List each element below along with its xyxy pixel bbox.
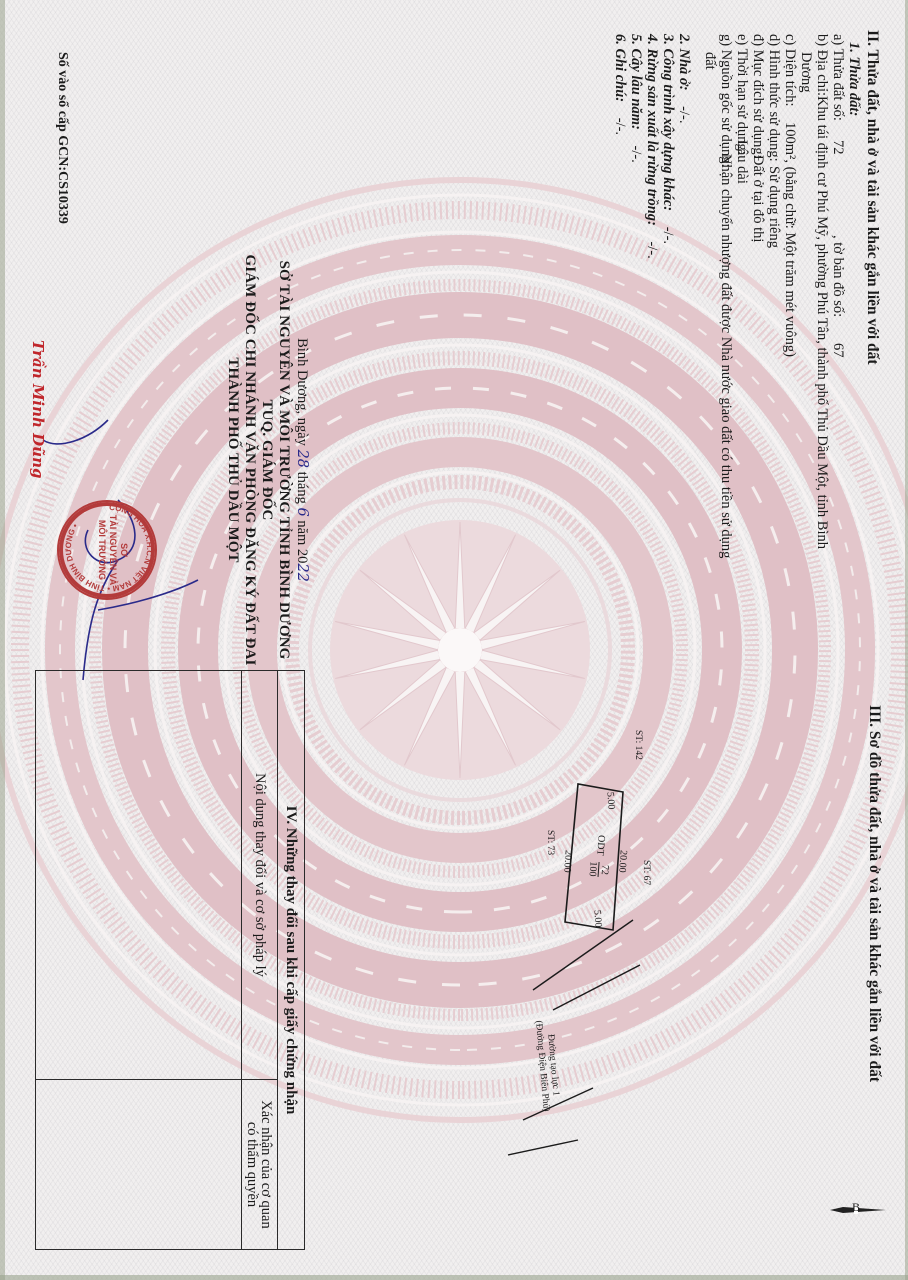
compass-label: B: [852, 1199, 860, 1215]
signer-name: Trần Minh Dũng: [30, 340, 46, 478]
usage-purpose-value: Đất ở tại đô thị: [750, 155, 766, 242]
parcel-diagram: [468, 700, 728, 1180]
authority-confirmation-cell: [36, 1080, 242, 1250]
certificate-page: II. Thửa đất, nhà ở và tài sản khác gắn …: [0, 0, 908, 1280]
parcel-side-bottom: 5.00: [588, 909, 605, 928]
parcel-number-label: a) Thửa đất số:: [830, 34, 846, 121]
address-value: Khu tái định cư Phú Mỹ, phường Phú Tân, …: [814, 96, 830, 549]
item-other-construction: 3. Công trình xây dựng khác: -/-.: [660, 34, 676, 244]
area-value: 100m², (bằng chữ: Một trăm mét vuông): [782, 122, 798, 357]
origin-value: Nhận chuyển nhượng đất được Nhà nước gia…: [718, 154, 734, 558]
change-content-cell: [36, 671, 242, 1080]
parcel-side-top: 5.00: [601, 791, 618, 810]
col-change-content: Nội dung thay đổi và cơ sở pháp lý: [242, 671, 278, 1080]
neighbor-st-67: ST: 67: [638, 860, 654, 885]
issue-date: Bình Dương, ngày 28 tháng 6 năm 2022: [294, 230, 310, 690]
section-2-title: II. Thửa đất, nhà ở và tài sản khác gắn …: [864, 30, 880, 365]
usage-form-label: d) Hình thức sử dụng:: [766, 34, 782, 162]
item-perennial-trees: 5. Cây lâu năm: -/-.: [628, 34, 644, 163]
changes-table: IV. Những thay đổi sau khi cấp giấy chứn…: [35, 670, 305, 1250]
parcel-side-right: 20.00: [613, 849, 631, 873]
usage-form-value: Sử dụng riêng: [766, 166, 782, 248]
neighbor-st-142: ST: 142: [630, 730, 646, 760]
usage-purpose-label: đ) Mục đích sử dụng:: [750, 34, 766, 159]
origin-value-cont: đất: [702, 52, 718, 70]
parcel-number-value: 72: [830, 140, 846, 155]
neighbor-st-73: ST: 73: [542, 830, 558, 855]
authorization-line: TUQ. GIÁM ĐỐC: [258, 230, 275, 690]
section-4-title: IV. Những thay đổi sau khi cấp giấy chứn…: [278, 671, 305, 1250]
item-house: 2. Nhà ở: -/-.: [676, 34, 692, 123]
map-sheet-value: 67: [830, 343, 846, 358]
col-authority-confirmation: Xác nhận của cơ quancó thẩm quyền: [242, 1080, 278, 1250]
registry-number: Số vào sổ cấp GCN:CS10339: [54, 52, 70, 224]
page-edge-bottom: [0, 0, 5, 1280]
official-stamp: CỘNG HÒA X.H.C.N VIỆT NAM • TỈNH BÌNH DƯ…: [57, 500, 157, 600]
parcel-heading: 1. Thửa đất:: [846, 42, 862, 116]
address-value-cont: Dương: [798, 52, 814, 93]
origin-label: g) Nguồn gốc sử dụng:: [718, 34, 734, 168]
section-3-title: III. Sơ đồ thửa đất, nhà ở và tài sản kh…: [866, 705, 882, 1082]
usage-term-value: Lâu dài: [734, 140, 750, 184]
parcel-side-left: 20.00: [558, 849, 576, 873]
page-edge-right: [0, 1275, 908, 1280]
issuing-department: SỞ TÀI NGUYÊN VÀ MÔI TRƯỜNG TỈNH BÌNH DƯ…: [275, 230, 292, 690]
item-notes: 6. Ghi chú: -/-.: [612, 34, 628, 135]
area-label: c) Diện tích:: [782, 34, 798, 106]
usage-term-label: e) Thời hạn sử dụng:: [734, 34, 750, 155]
parcel-label: ODT 72 100: [587, 834, 613, 877]
address-label: b) Địa chỉ:: [814, 34, 830, 96]
map-sheet-label: , tờ bản đồ số:: [830, 235, 846, 317]
item-planted-forest: 4. Rừng sản xuất là rừng trồng: -/-.: [644, 34, 660, 259]
